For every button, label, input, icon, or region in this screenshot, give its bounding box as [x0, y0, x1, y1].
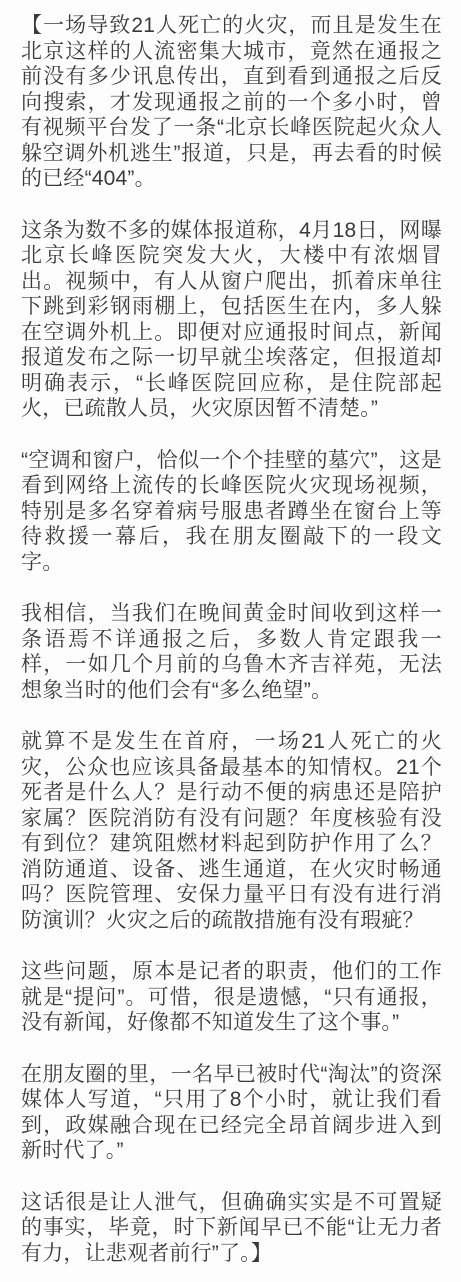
paragraph: 这话很是让人泄气，但确确实实是不可置疑的事实，毕竟，时下新闻早已不能“让无力者有…: [21, 1190, 442, 1267]
paragraph: 就算不是发生在首府，一场21人死亡的火灾，公众也应该具备最基本的知情权。21个死…: [21, 729, 442, 933]
paragraph: 我相信，当我们在晚间黄金时间收到这样一条语焉不详通报之后，多数人肯定跟我一样，一…: [21, 601, 442, 703]
paragraph: 在朋友圈的里，一名早已被时代“淘汰”的资深媒体人写道，“只用了8个小时，就让我们…: [21, 1062, 442, 1164]
article-text: 【一场导致21人死亡的火灾，而且是发生在北京这样的人流密集大城市，竟然在通报之前…: [0, 0, 461, 1282]
paragraph: “空调和窗户，恰似一个个挂壁的墓穴”，这是看到网络上流传的长峰医院火灾现场视频，…: [21, 448, 442, 576]
paragraph: 这条为数不多的媒体报道称，4月18日，网曝北京长峰医院突发大火，大楼中有浓烟冒出…: [21, 218, 442, 422]
paragraph: 【一场导致21人死亡的火灾，而且是发生在北京这样的人流密集大城市，竟然在通报之前…: [21, 13, 442, 192]
paragraph: 这些问题，原本是记者的职责，他们的工作就是“提问”。可惜，很是遗憾，“只有通报，…: [21, 959, 442, 1036]
